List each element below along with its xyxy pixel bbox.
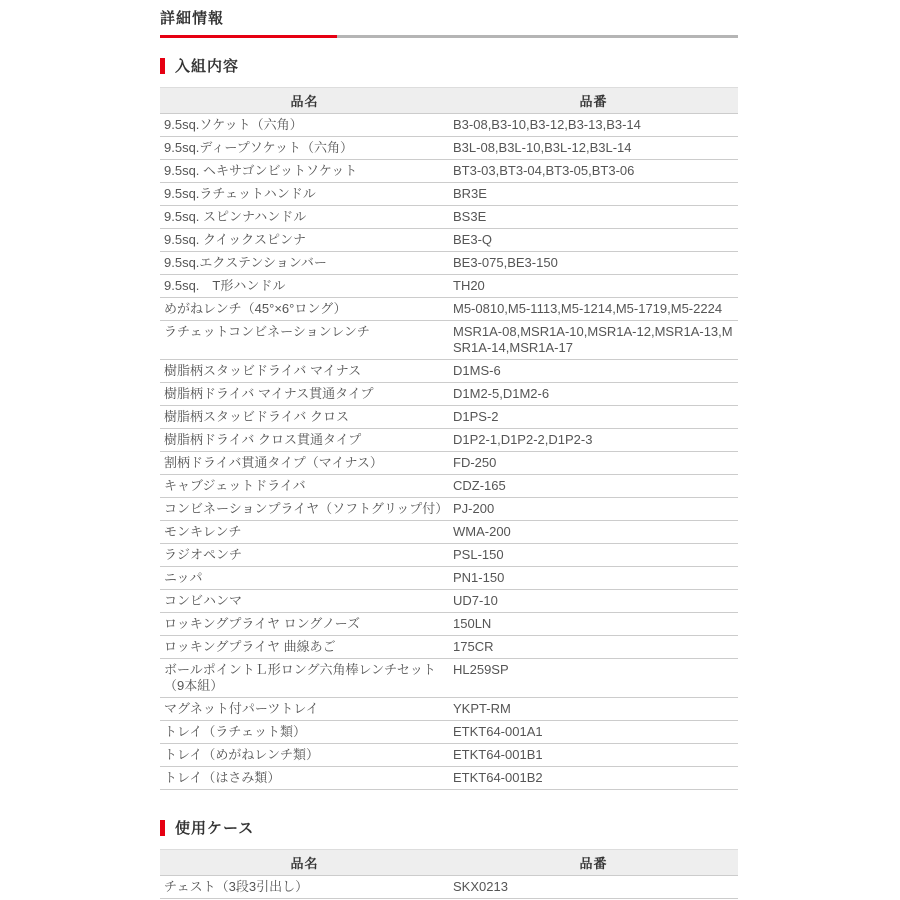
part-number-cell: D1PS-2 — [449, 406, 738, 429]
table-row: 9.5sq. スピンナハンドルBS3E — [160, 206, 738, 229]
item-name-cell: めがねレンチ（45°×6°ロング） — [160, 298, 449, 321]
part-number-cell: B3-08,B3-10,B3-12,B3-13,B3-14 — [449, 114, 738, 137]
part-number-cell: PJ-200 — [449, 498, 738, 521]
section-heading: 入組内容 — [160, 55, 738, 76]
table-row: 樹脂柄スタッビドライバ クロスD1PS-2 — [160, 406, 738, 429]
part-number-cell: TH20 — [449, 275, 738, 298]
table-row: モンキレンチWMA-200 — [160, 521, 738, 544]
item-name-cell: ボールポイントＬ形ロング六角棒レンチセット（9本組） — [160, 659, 449, 698]
item-name-cell: 9.5sq. T形ハンドル — [160, 275, 449, 298]
item-name-cell: トレイ（ラチェット類） — [160, 721, 449, 744]
item-name-cell: 9.5sq. クイックスピンナ — [160, 229, 449, 252]
item-name-cell: コンビネーションプライヤ（ソフトグリップ付） — [160, 498, 449, 521]
page-title: 詳細情報 — [160, 7, 738, 28]
table-row: トレイ（はさみ類）ETKT64-001B2 — [160, 767, 738, 790]
table-row: マグネット付パーツトレイYKPT-RM — [160, 698, 738, 721]
section-use-case: 使用ケース 品名 品番 チェスト（3段3引出し）SKX0213 — [160, 817, 738, 899]
part-number-cell: D1MS-6 — [449, 360, 738, 383]
item-name-cell: 9.5sq.ラチェットハンドル — [160, 183, 449, 206]
part-number-cell: BE3-075,BE3-150 — [449, 252, 738, 275]
part-number-cell: WMA-200 — [449, 521, 738, 544]
title-underline-accent — [160, 35, 337, 38]
item-name-cell: 9.5sq.ディープソケット（六角） — [160, 137, 449, 160]
item-name-cell: 樹脂柄ドライバ マイナス貫通タイプ — [160, 383, 449, 406]
part-number-cell: D1P2-1,D1P2-2,D1P2-3 — [449, 429, 738, 452]
table-row: 割柄ドライバ貫通タイプ（マイナス）FD-250 — [160, 452, 738, 475]
item-name-cell: ロッキングプライヤ 曲線あご — [160, 636, 449, 659]
part-number-cell: 175CR — [449, 636, 738, 659]
table-row: トレイ（ラチェット類）ETKT64-001A1 — [160, 721, 738, 744]
item-name-cell: マグネット付パーツトレイ — [160, 698, 449, 721]
table-row: 9.5sq. クイックスピンナBE3-Q — [160, 229, 738, 252]
part-number-cell: FD-250 — [449, 452, 738, 475]
part-number-cell: BR3E — [449, 183, 738, 206]
title-underline — [160, 35, 738, 38]
item-name-cell: 割柄ドライバ貫通タイプ（マイナス） — [160, 452, 449, 475]
part-number-cell: BT3-03,BT3-04,BT3-05,BT3-06 — [449, 160, 738, 183]
part-number-cell: CDZ-165 — [449, 475, 738, 498]
table-row: 9.5sq. ヘキサゴンビットソケットBT3-03,BT3-04,BT3-05,… — [160, 160, 738, 183]
item-name-cell: トレイ（はさみ類） — [160, 767, 449, 790]
table-row: 9.5sq.ディープソケット（六角）B3L-08,B3L-10,B3L-12,B… — [160, 137, 738, 160]
item-name-cell: チェスト（3段3引出し） — [160, 876, 449, 899]
item-name-cell: ニッパ — [160, 567, 449, 590]
item-name-cell: 樹脂柄スタッビドライバ クロス — [160, 406, 449, 429]
section-heading-label: 使用ケース — [175, 817, 254, 838]
part-number-cell: ETKT64-001B1 — [449, 744, 738, 767]
item-name-cell: 樹脂柄ドライバ クロス貫通タイプ — [160, 429, 449, 452]
part-number-cell: B3L-08,B3L-10,B3L-12,B3L-14 — [449, 137, 738, 160]
table-header-row: 品名 品番 — [160, 88, 738, 114]
part-number-cell: BE3-Q — [449, 229, 738, 252]
item-name-cell: ロッキングプライヤ ロングノーズ — [160, 613, 449, 636]
part-number-cell: HL259SP — [449, 659, 738, 698]
table-row: ラチェットコンビネーションレンチMSR1A-08,MSR1A-10,MSR1A-… — [160, 321, 738, 360]
table-row: トレイ（めがねレンチ類）ETKT64-001B1 — [160, 744, 738, 767]
table-row: 樹脂柄ドライバ マイナス貫通タイプD1M2-5,D1M2-6 — [160, 383, 738, 406]
part-number-cell: D1M2-5,D1M2-6 — [449, 383, 738, 406]
table-row: 9.5sq.ソケット（六角）B3-08,B3-10,B3-12,B3-13,B3… — [160, 114, 738, 137]
item-name-cell: ラチェットコンビネーションレンチ — [160, 321, 449, 360]
product-detail-page: 詳細情報 入組内容 品名 品番 9.5sq.ソケット（六角）B3-08,B3-1… — [160, 7, 738, 899]
table-row: 9.5sq.ラチェットハンドルBR3E — [160, 183, 738, 206]
use-case-table: 品名 品番 チェスト（3段3引出し）SKX0213 — [160, 849, 738, 899]
part-number-cell: YKPT-RM — [449, 698, 738, 721]
table-row: チェスト（3段3引出し）SKX0213 — [160, 876, 738, 899]
item-name-cell: 9.5sq.エクステンションバー — [160, 252, 449, 275]
column-header-item-name: 品名 — [160, 850, 449, 876]
item-name-cell: 樹脂柄スタッビドライバ マイナス — [160, 360, 449, 383]
table-row: ボールポイントＬ形ロング六角棒レンチセット（9本組）HL259SP — [160, 659, 738, 698]
table-row: ラジオペンチPSL-150 — [160, 544, 738, 567]
section-heading: 使用ケース — [160, 817, 738, 838]
table-row: ニッパPN1-150 — [160, 567, 738, 590]
item-name-cell: コンビハンマ — [160, 590, 449, 613]
item-name-cell: モンキレンチ — [160, 521, 449, 544]
item-name-cell: 9.5sq. スピンナハンドル — [160, 206, 449, 229]
set-contents-table: 品名 品番 9.5sq.ソケット（六角）B3-08,B3-10,B3-12,B3… — [160, 87, 738, 790]
table-row: コンビネーションプライヤ（ソフトグリップ付）PJ-200 — [160, 498, 738, 521]
part-number-cell: ETKT64-001B2 — [449, 767, 738, 790]
part-number-cell: ETKT64-001A1 — [449, 721, 738, 744]
item-name-cell: キャブジェットドライバ — [160, 475, 449, 498]
section-heading-label: 入組内容 — [175, 55, 239, 76]
table-header-row: 品名 品番 — [160, 850, 738, 876]
column-header-item-name: 品名 — [160, 88, 449, 114]
item-name-cell: 9.5sq. ヘキサゴンビットソケット — [160, 160, 449, 183]
part-number-cell: 150LN — [449, 613, 738, 636]
table-row: 樹脂柄スタッビドライバ マイナスD1MS-6 — [160, 360, 738, 383]
part-number-cell: M5-0810,M5-1113,M5-1214,M5-1719,M5-2224 — [449, 298, 738, 321]
part-number-cell: PN1-150 — [449, 567, 738, 590]
part-number-cell: MSR1A-08,MSR1A-10,MSR1A-12,MSR1A-13,MSR1… — [449, 321, 738, 360]
table-row: 9.5sq. T形ハンドルTH20 — [160, 275, 738, 298]
table-row: 樹脂柄ドライバ クロス貫通タイプD1P2-1,D1P2-2,D1P2-3 — [160, 429, 738, 452]
table-row: ロッキングプライヤ ロングノーズ150LN — [160, 613, 738, 636]
item-name-cell: ラジオペンチ — [160, 544, 449, 567]
red-bar-icon — [160, 820, 165, 836]
part-number-cell: SKX0213 — [449, 876, 738, 899]
item-name-cell: 9.5sq.ソケット（六角） — [160, 114, 449, 137]
part-number-cell: PSL-150 — [449, 544, 738, 567]
table-row: コンビハンマUD7-10 — [160, 590, 738, 613]
red-bar-icon — [160, 58, 165, 74]
section-set-contents: 入組内容 品名 品番 9.5sq.ソケット（六角）B3-08,B3-10,B3-… — [160, 55, 738, 790]
table-row: 9.5sq.エクステンションバーBE3-075,BE3-150 — [160, 252, 738, 275]
part-number-cell: UD7-10 — [449, 590, 738, 613]
part-number-cell: BS3E — [449, 206, 738, 229]
table-row: ロッキングプライヤ 曲線あご175CR — [160, 636, 738, 659]
item-name-cell: トレイ（めがねレンチ類） — [160, 744, 449, 767]
table-row: めがねレンチ（45°×6°ロング）M5-0810,M5-1113,M5-1214… — [160, 298, 738, 321]
column-header-part-number: 品番 — [449, 88, 738, 114]
table-row: キャブジェットドライバCDZ-165 — [160, 475, 738, 498]
column-header-part-number: 品番 — [449, 850, 738, 876]
